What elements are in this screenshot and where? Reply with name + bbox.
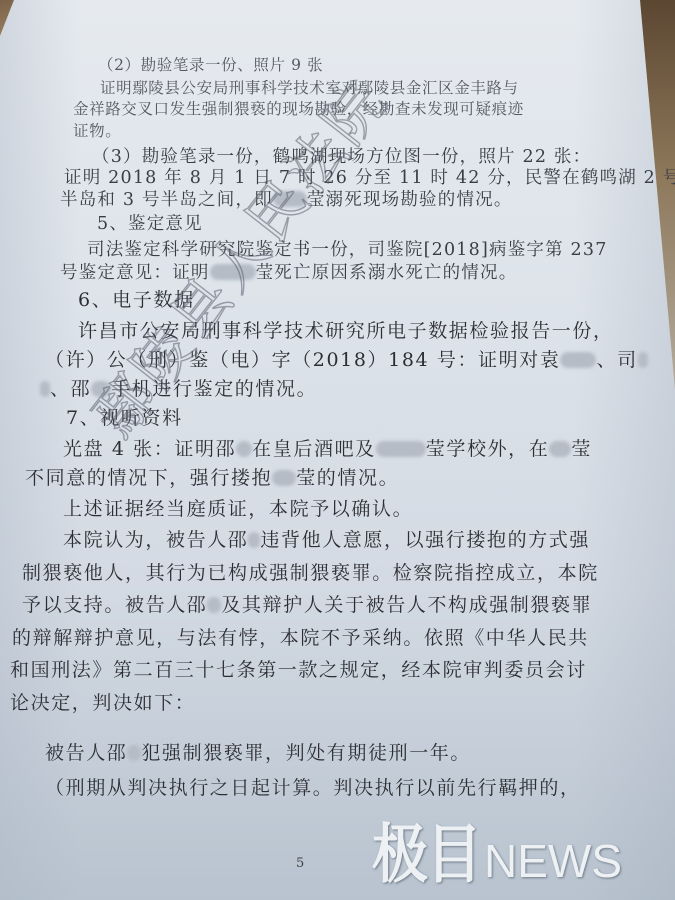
text-segment: 、司 xyxy=(596,349,637,371)
text-segment: 莹溺死现场勘验的情况。 xyxy=(307,190,513,210)
section-heading-electronic-data: 6、电子数据 xyxy=(78,285,195,312)
text-segment: 手机进行鉴定的情况。 xyxy=(111,378,317,400)
text-segment: 及其辩护人关于被告人不构成强制猥亵罪 xyxy=(221,594,592,616)
redacted-name xyxy=(549,441,571,457)
paragraph-line: 司法鉴定科学研究院鉴定书一份，司鉴院[2018]病鉴字第 237 xyxy=(87,236,608,261)
paragraph-line: 光盘 4 张：证明邵在皇后酒吧及莹学校外，在莹 xyxy=(63,434,592,461)
text-segment: 半岛和 3 号半岛之间，即 xyxy=(60,190,273,210)
text-segment: 莹学校外，在 xyxy=(426,438,550,460)
text-segment: 被告人邵 xyxy=(45,742,127,764)
redacted-name xyxy=(40,381,50,397)
text-segment: 犯强制猥亵罪，判处有期徒刑一年。 xyxy=(141,742,471,764)
paragraph-line: 制猥亵他人，其行为已构成强制猥亵罪。检察院指控成立，本院 xyxy=(22,558,599,585)
text-segment: 予以支持。被告人邵 xyxy=(22,594,207,616)
text-segment: 莹死亡原因系溺水死亡的情况。 xyxy=(256,263,518,283)
text-segment: 、邵 xyxy=(50,378,91,400)
redacted-name xyxy=(272,470,296,486)
redacted-name xyxy=(210,264,256,280)
redacted-name xyxy=(236,441,252,457)
redacted-name xyxy=(376,441,426,457)
section-heading-audiovisual: 7、视听资料 xyxy=(66,403,183,430)
page-number: 5 xyxy=(296,856,304,871)
paragraph-line: 不同意的情况下，强行搂抱莹的情况。 xyxy=(25,463,399,490)
paragraph-line: 论决定，判决如下： xyxy=(10,688,195,715)
verdict-line: 被告人邵犯强制猥亵罪，判处有期徒刑一年。 xyxy=(45,738,471,765)
paragraph-line: （许）公（刑）鉴（电）字（2018）184 号：证明对袁、司 xyxy=(45,345,648,372)
text-segment: （许）公（刑）鉴（电）字（2018）184 号：证明对袁 xyxy=(45,349,560,371)
news-watermark: 极目 NEWS xyxy=(372,810,622,890)
section-heading-appraisal: 5、鉴定意见 xyxy=(97,210,203,235)
watermark-logo-cn: 极目 xyxy=(372,804,480,896)
redacted-name xyxy=(560,352,596,368)
paragraph-line: 和国刑法》第二百三十七条第一款之规定，经本院审判委员会讨 xyxy=(10,655,587,682)
text-segment: 本院认为，被告人邵 xyxy=(63,529,248,551)
text-segment: 不同意的情况下，强行搂抱 xyxy=(25,467,272,489)
text-segment: 光盘 4 张：证明邵 xyxy=(63,438,236,460)
paragraph-line: 半岛和 3 号半岛之间，即莹溺死现场勘验的情况。 xyxy=(60,186,513,211)
redacted-name xyxy=(127,745,141,761)
paragraph-line: （刑期从判决执行之日起计算。判决执行以前先行羁押的， xyxy=(45,773,581,800)
redacted-name xyxy=(273,191,307,207)
text-segment: 号鉴定意见：证明 xyxy=(60,263,210,283)
evidence-item-2-heading: （2）勘验笔录一份、照片 9 张 xyxy=(98,53,323,75)
paragraph-line: 、邵手机进行鉴定的情况。 xyxy=(40,374,317,401)
paragraph-line: 金祥路交叉口发生强制猥亵的现场勘验，经勘查未发现可疑痕迹 xyxy=(73,97,524,119)
watermark-logo-en: NEWS xyxy=(484,834,622,888)
paragraph-line: 的辩解辩护意见，与法有悖，本院不予采纳。依照《中华人民共 xyxy=(12,623,589,650)
text-segment: 莹 xyxy=(571,438,592,460)
text-segment: 莹的情况。 xyxy=(296,467,399,489)
redacted-name xyxy=(91,381,111,397)
paragraph-line: 号鉴定意见：证明莹死亡原因系溺水死亡的情况。 xyxy=(60,259,517,284)
redacted-name xyxy=(638,352,648,368)
paragraph-line: 证明鄢陵县公安局刑事科学技术室对鄢陵县金汇区金丰路与 xyxy=(100,76,519,98)
paragraph-line: 本院认为，被告人邵违背他人意愿，以强行搂抱的方式强 xyxy=(63,525,590,552)
redacted-name xyxy=(207,597,221,613)
paragraph-line: 许昌市公安局刑事科学技术研究所电子数据检验报告一份， xyxy=(78,316,614,343)
text-segment: 违背他人意愿，以强行搂抱的方式强 xyxy=(260,529,590,551)
paragraph-line: 上述证据经当庭质证，本院予以确认。 xyxy=(63,494,413,521)
paragraph-line: 予以支持。被告人邵及其辩护人关于被告人不构成强制猥亵罪 xyxy=(22,590,592,617)
text-segment: 在皇后酒吧及 xyxy=(252,438,376,460)
redacted-name xyxy=(248,532,260,548)
paragraph-line: 证物。 xyxy=(73,119,121,141)
